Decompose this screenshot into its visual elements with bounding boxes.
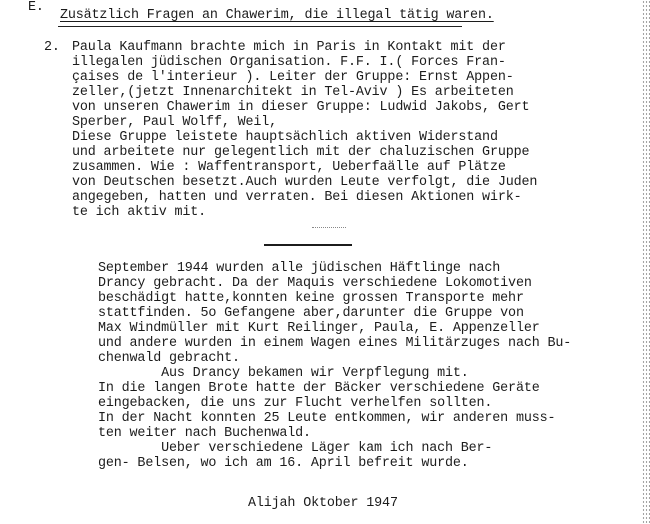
text-line: angegeben, hatten und verraten. Bei dies… xyxy=(72,190,522,205)
text-line: Paula Kaufmann brachte mich in Paris in … xyxy=(72,40,506,55)
text-line: gen- Belsen, wo ich am 16. April befreit… xyxy=(98,456,469,471)
text-line: Drancy gebracht. Da der Maquis verschied… xyxy=(98,276,532,291)
text-line: September 1944 wurden alle jüdischen Häf… xyxy=(98,261,500,276)
document-heading: Zusätzlich Fragen an Chawerim, die illeg… xyxy=(60,8,494,23)
text-line: und andere wurden in einem Wagen eines M… xyxy=(98,336,571,351)
text-line: çaises de l'interieur ). Leiter der Grup… xyxy=(72,70,514,85)
text-line: Ueber verschiedene Läger kam ich nach Be… xyxy=(98,441,492,456)
text-line: Diese Gruppe leistete hauptsächlich akti… xyxy=(72,130,498,145)
text-line: beschädigt hatte,konnten keine grossen T… xyxy=(98,291,524,306)
text-line: und arbeitete nur gelegentlich mit der c… xyxy=(72,145,529,160)
text-line: von unseren Chawerim in dieser Gruppe: L… xyxy=(72,100,529,115)
text-line: In die langen Brote hatte der Bäcker ver… xyxy=(98,381,540,396)
text-line: zusammen. Wie : Waffentransport, Ueberfa… xyxy=(72,160,506,175)
text-line: stattfinden. 5o Gefangene aber,darunter … xyxy=(98,306,524,321)
typewritten-document-page: E. Zusätzlich Fragen an Chawerim, die il… xyxy=(0,0,650,524)
text-line: te ich aktiv mit. xyxy=(72,205,206,220)
text-line: Aus Drancy bekamen wir Verpflegung mit. xyxy=(98,366,469,381)
text-line: ten weiter nach Buchenwald. xyxy=(98,426,311,441)
section-marker: E. xyxy=(28,0,44,15)
text-line: eingebacken, die uns zur Flucht verhelfe… xyxy=(98,396,492,411)
text-line: illegalen jüdischen Organisation. F.F. I… xyxy=(72,55,506,70)
item-number: 2. xyxy=(44,40,60,55)
scan-edge-noise xyxy=(642,0,650,524)
text-line: Max Windmüller mit Kurt Reilinger, Paula… xyxy=(98,321,540,336)
heading-underline xyxy=(58,26,462,27)
text-line: In der Nacht konnten 25 Leute entkommen,… xyxy=(98,411,555,426)
text-line: zeller,(jetzt Innenarchitekt in Tel-Aviv… xyxy=(72,85,514,100)
faint-dots xyxy=(312,227,346,229)
text-line: Sperber, Paul Wolff, Weil, xyxy=(72,115,277,130)
signature-date: Alijah Oktober 1947 xyxy=(248,496,398,511)
section-separator-line xyxy=(264,244,352,246)
text-line: von Deutschen besetzt.Auch wurden Leute … xyxy=(72,175,537,190)
text-line: chenwald gebracht. xyxy=(98,351,240,366)
